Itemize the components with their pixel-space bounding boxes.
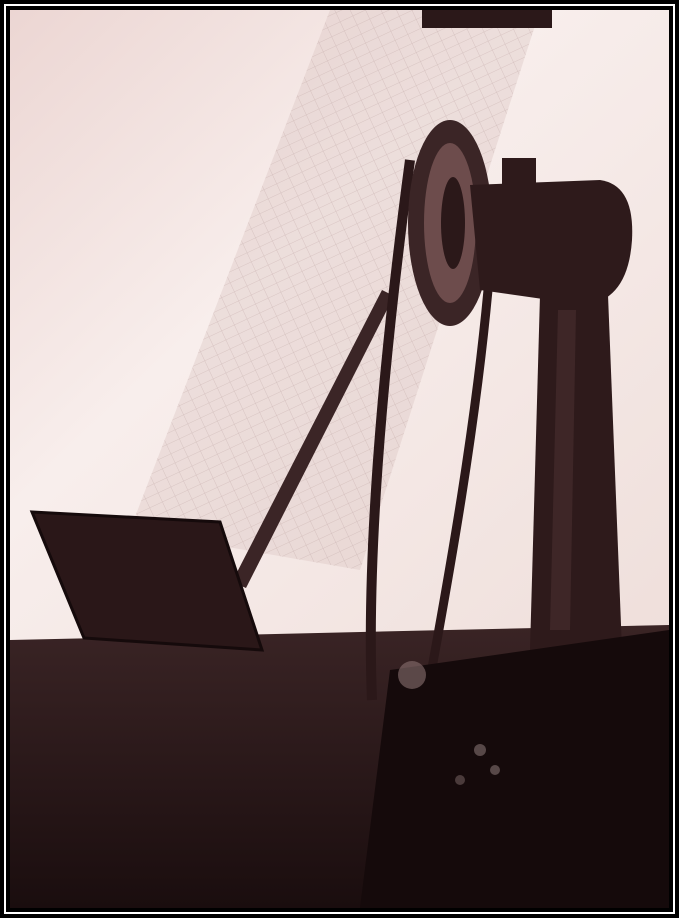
housing	[470, 180, 632, 305]
photo-illustration	[10, 10, 669, 908]
photo-frame	[0, 0, 679, 918]
photograph	[10, 10, 669, 908]
column	[530, 295, 622, 650]
